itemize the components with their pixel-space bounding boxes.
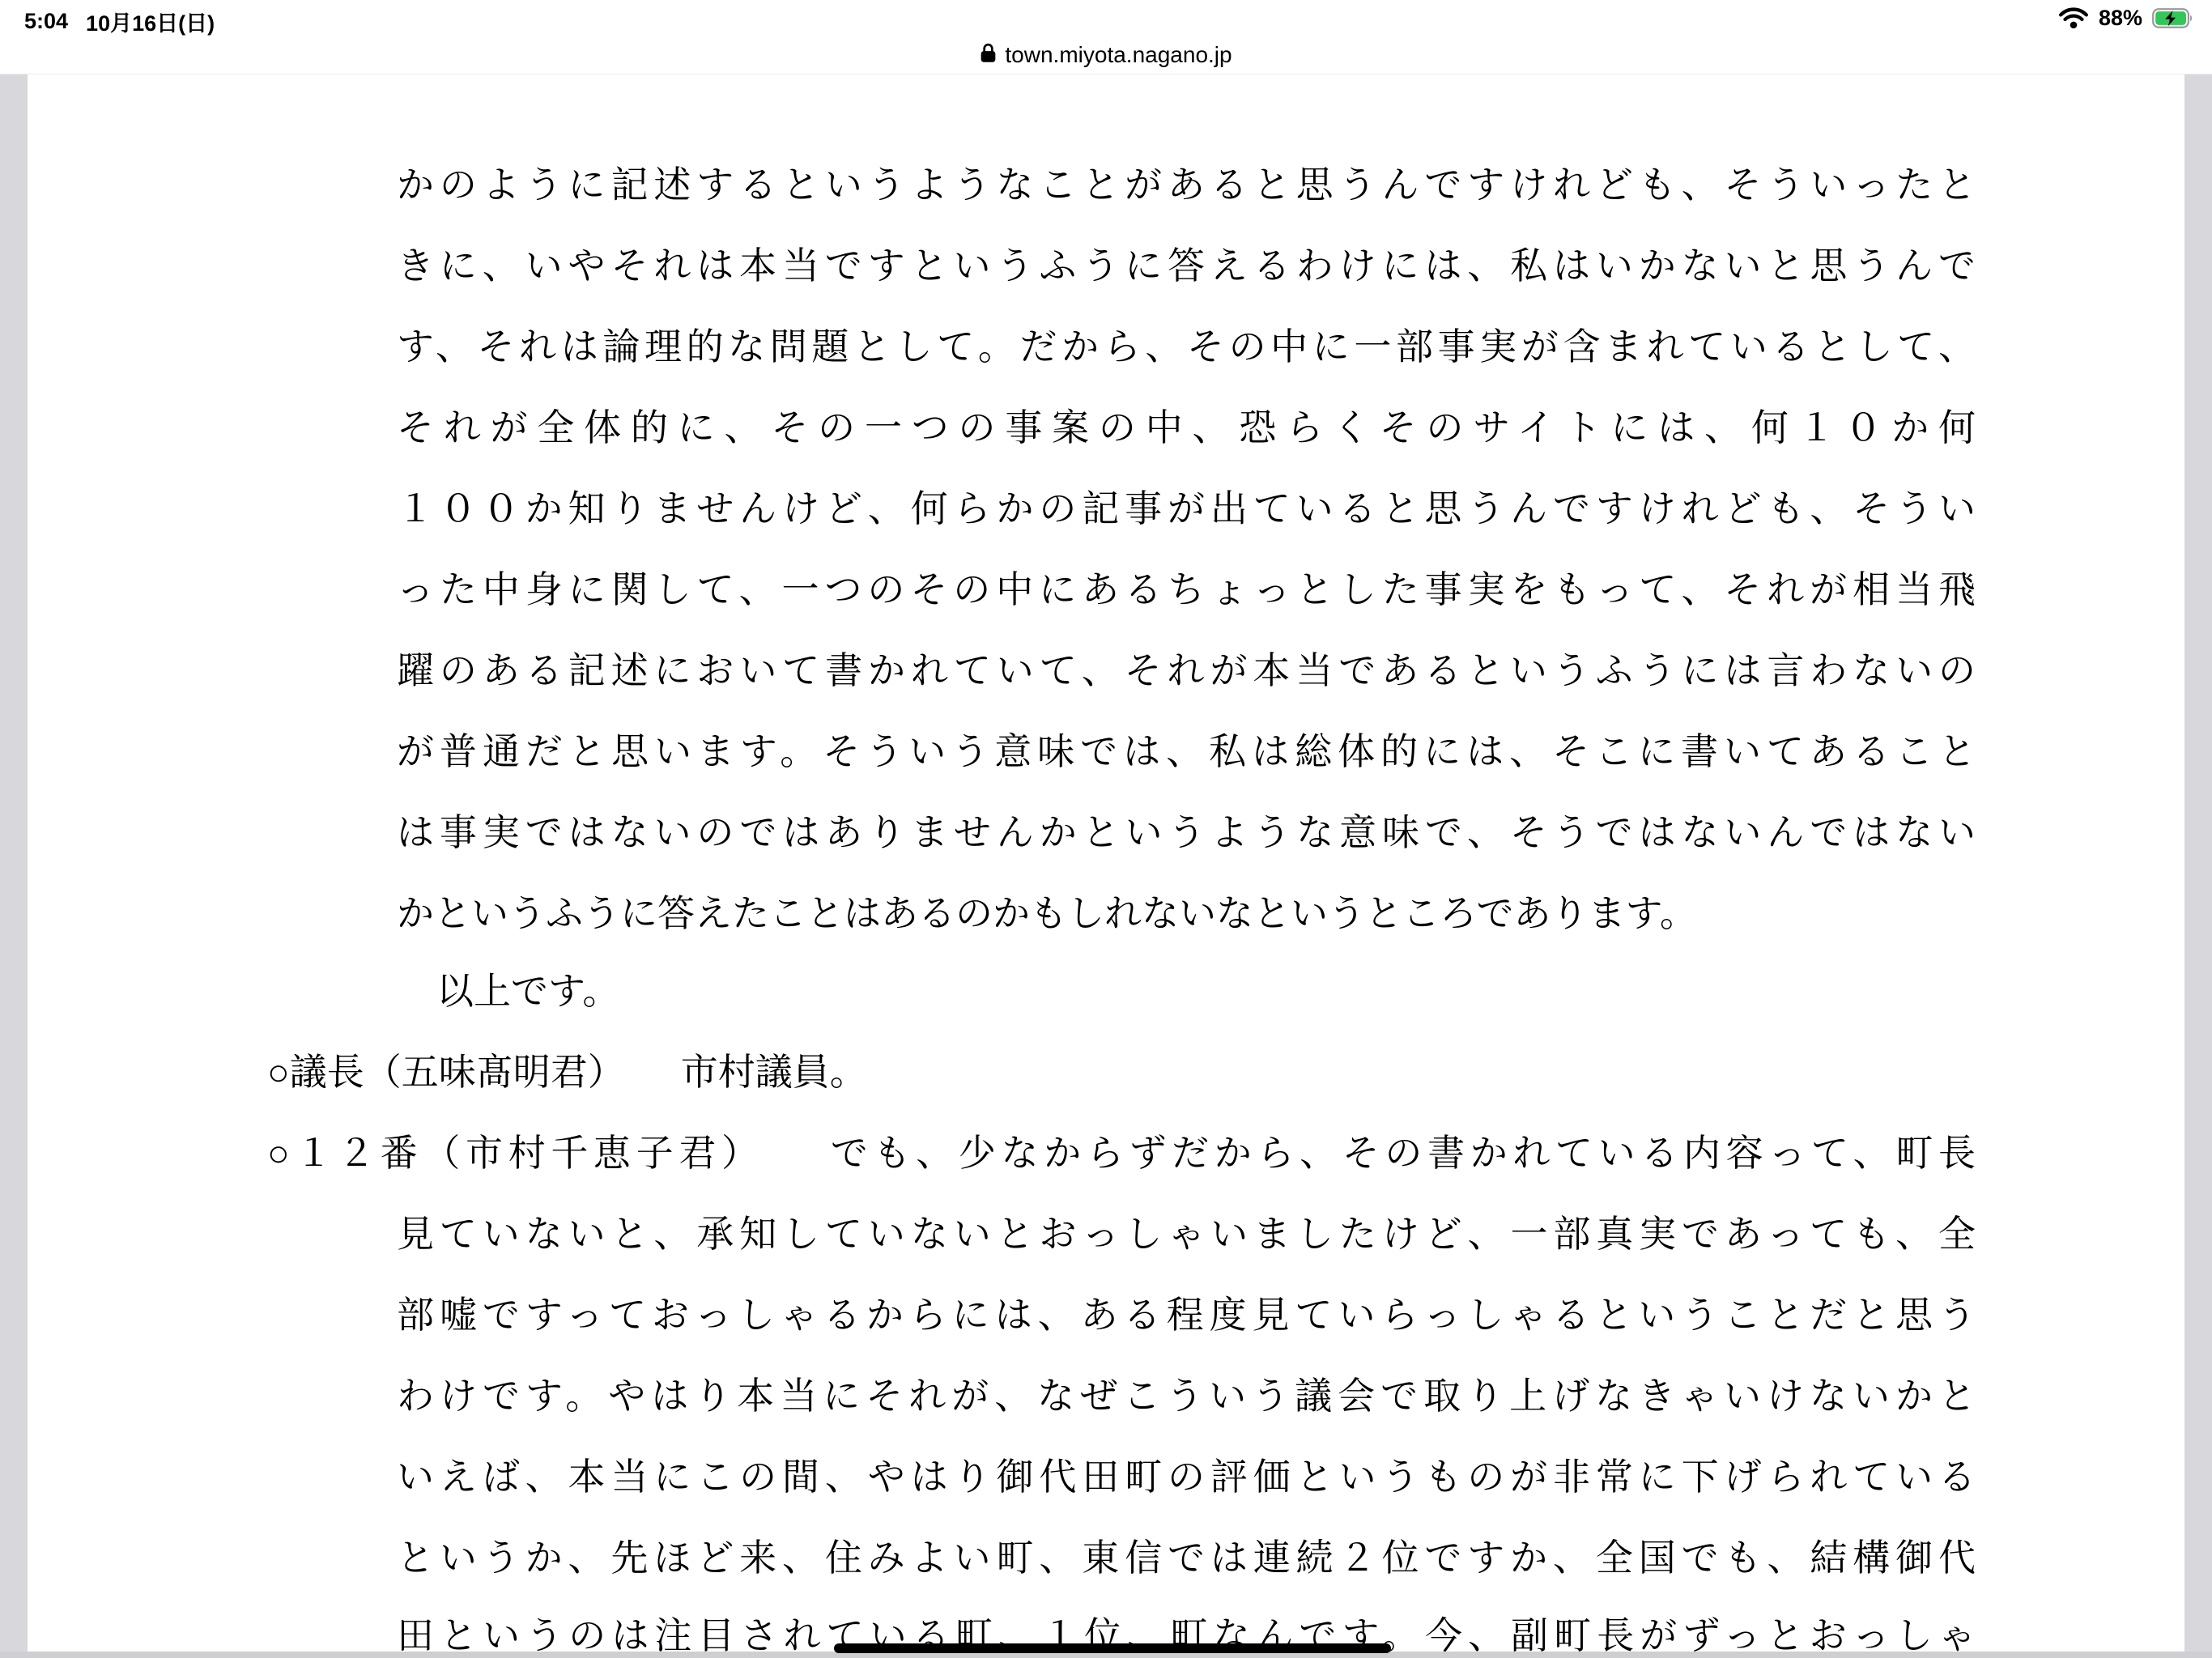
document-line: す、それは論理的な問題として。だから、その中に一部事実が含まれているとして、	[397, 321, 1976, 374]
document-line: いえば、本当にこの間、やはり御代田町の評価というものが非常に下げられている	[397, 1451, 1976, 1504]
document-line: かというふうに答えたことはあるのかもしれないなというところであります。	[397, 887, 1976, 941]
document-line-chairman: ○議長（五味髙明君） 市村議員。	[267, 1046, 1976, 1099]
clock-date: 10月16日(日)	[86, 6, 215, 37]
document-line: 部嘘ですっておっしゃるからには、ある程度見ていらっしゃるということだと思う	[397, 1289, 1976, 1342]
document-line: が普通だと思います。そういう意味では、私は総体的には、そこに書いてあること	[397, 725, 1976, 779]
document-line: というか、先ほど来、住みよい町、東信では連続２位ですか、全国でも、結構御代	[397, 1532, 1976, 1585]
document-line-speaker12: ○１２番（市村千恵子君） でも、少なからずだから、その書かれている内容って、町長	[267, 1127, 1976, 1180]
address-bar[interactable]: town.miyota.nagano.jp	[0, 36, 2212, 74]
status-bar: 5:04 10月16日(日) 88%	[0, 0, 2212, 36]
document-line: 以上です。	[436, 965, 2015, 1018]
page-right-margin	[2184, 74, 2212, 1658]
document-line: きに、いやそれは本当ですというふうに答えるわけには、私はいかないと思うんで	[397, 240, 1976, 293]
lock-icon	[980, 42, 997, 67]
document-line: かのように記述するというようなことがあると思うんですけれども、そういったと	[397, 159, 1976, 212]
document-line: 躍のある記述において書かれていて、それが本当であるというふうには言わないの	[397, 644, 1976, 698]
clock-time: 5:04	[24, 9, 68, 34]
document-line: は事実ではないのではありませんかというような意味で、そうではないんではない	[397, 806, 1976, 860]
ipad-screen: 5:04 10月16日(日) 88%	[0, 0, 2212, 1658]
battery-percent: 88%	[2099, 6, 2142, 31]
document-line: わけです。やはり本当にそれが、なぜこういう議会で取り上げなきゃいけないかと	[397, 1370, 1976, 1423]
document-line: 見ていないと、承知していないとおっしゃいましたけど、一部真実であっても、全	[397, 1208, 1976, 1261]
wifi-icon	[2058, 6, 2089, 30]
document-line: った中身に関して、一つのその中にあるちょっとした事実をもって、それが相当飛	[397, 563, 1976, 617]
document-line: それが全体的に、その一つの事案の中、恐らくそのサイトには、何１０か何	[397, 402, 1976, 455]
page-left-margin	[0, 74, 28, 1658]
battery-charging-icon	[2152, 8, 2194, 28]
page-content[interactable]: かのように記述するというようなことがあると思うんですけれども、そういったと きに…	[28, 74, 2184, 1652]
document-line: １００か知りませんけど、何らかの記事が出ていると思うんですけれども、そうい	[397, 483, 1976, 536]
text-underline-bar	[834, 1643, 1391, 1653]
status-left: 5:04 10月16日(日)	[24, 6, 215, 37]
address-domain: town.miyota.nagano.jp	[1005, 42, 1231, 68]
status-right: 88%	[2058, 6, 2194, 31]
